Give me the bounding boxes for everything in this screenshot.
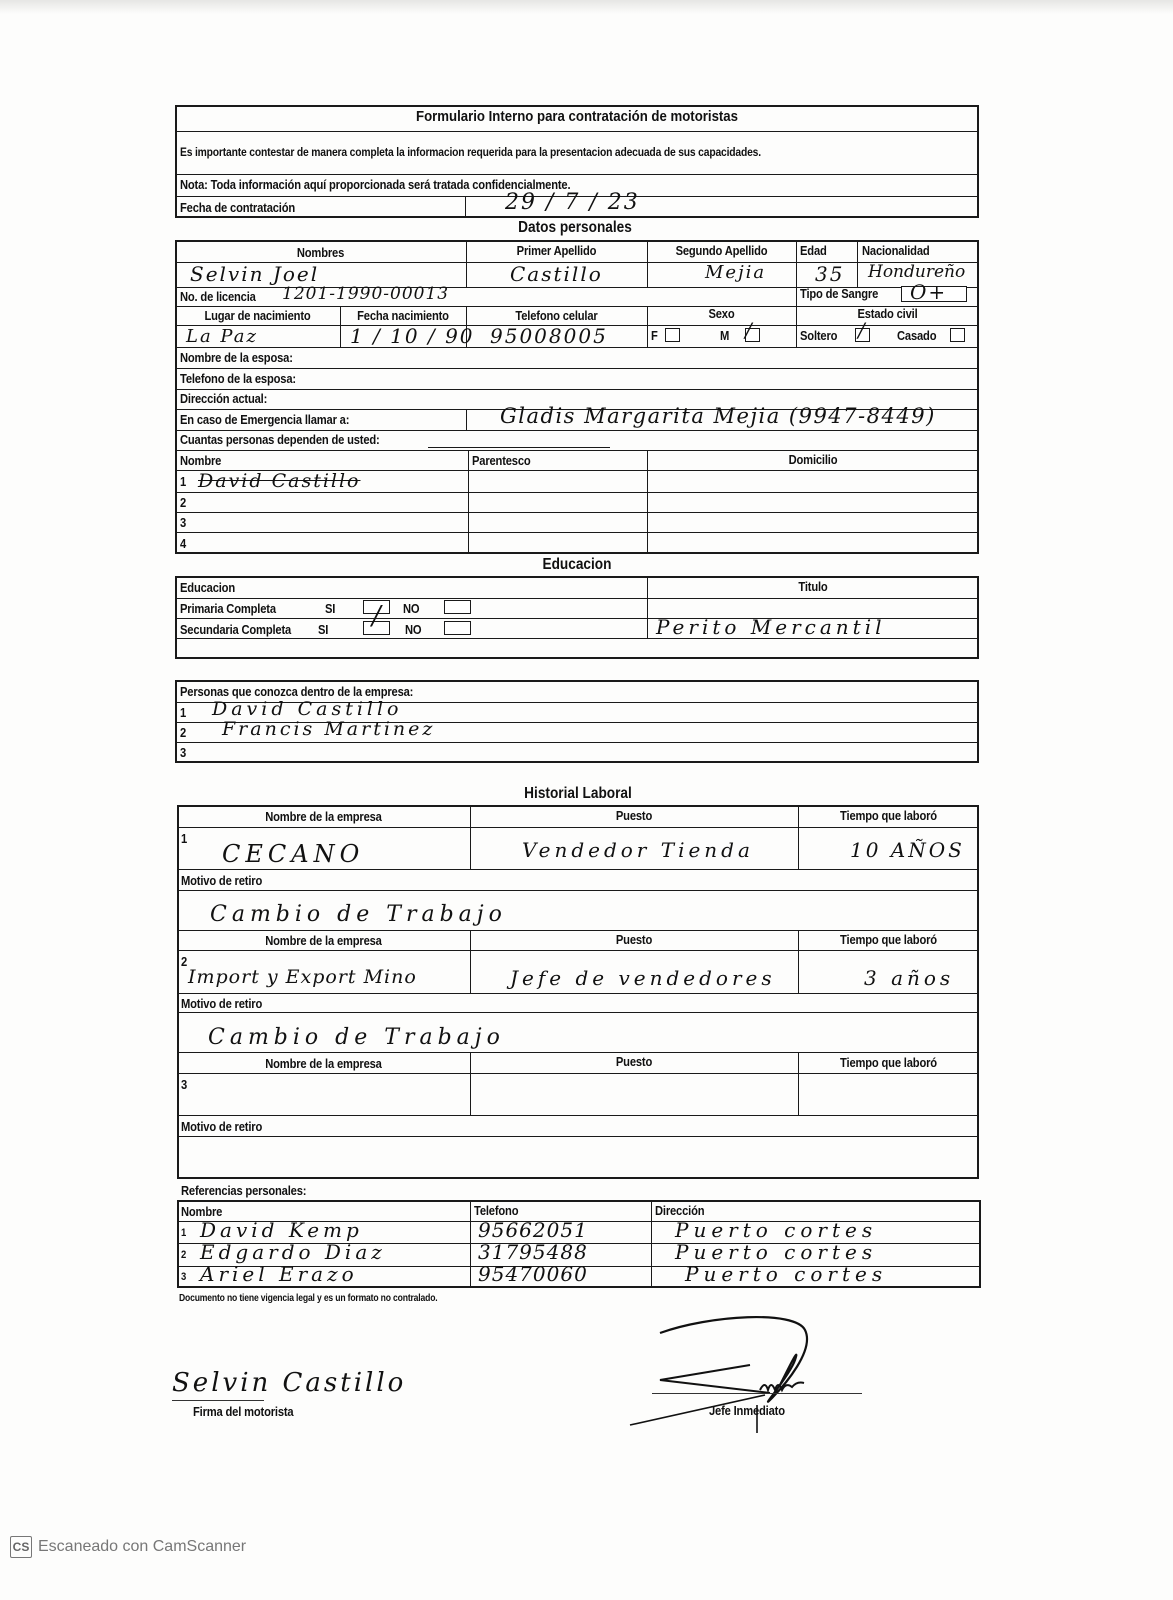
emergencia-value[interactable]: Gladis Margarita Mejia (9947-8449) bbox=[500, 404, 936, 428]
sexo-f-label: F bbox=[651, 328, 658, 343]
references-label: Referencias personales: bbox=[181, 1183, 306, 1198]
tiempo-header: Tiempo que laboró bbox=[811, 808, 967, 823]
ref-nombre-value[interactable]: David Kemp bbox=[200, 1218, 363, 1242]
job-empresa-value[interactable]: CECANO bbox=[222, 840, 364, 868]
form-title: Formulario Interno para contratación de … bbox=[223, 108, 931, 125]
titulo-value[interactable]: Perito Mercantil bbox=[656, 615, 886, 639]
dependientes-underline bbox=[428, 447, 610, 448]
ref-nombre-header: Nombre bbox=[181, 1204, 222, 1219]
hire-date-value[interactable]: 29 / 7 / 23 bbox=[505, 190, 640, 215]
fecha-nacimiento-value[interactable]: 1 / 10 / 90 bbox=[350, 324, 475, 348]
secundaria-si-check-mark: / bbox=[372, 601, 381, 631]
acquaintances-label: Personas que conozca dentro de la empres… bbox=[180, 684, 413, 699]
primaria-si-label: SI bbox=[325, 601, 335, 616]
dependent-name-struck[interactable]: David Castillo bbox=[198, 470, 361, 492]
secundaria-si-label: SI bbox=[318, 622, 328, 637]
dep-parentesco-header: Parentesco bbox=[472, 453, 531, 468]
lugar-nacimiento-value[interactable]: La Paz bbox=[186, 326, 258, 347]
acquaintance-name[interactable]: David Castillo bbox=[212, 698, 403, 720]
edad-label: Edad bbox=[800, 243, 827, 258]
casado-checkbox[interactable] bbox=[950, 328, 965, 342]
acquaintance-name[interactable]: Francis Martinez bbox=[222, 718, 435, 740]
ref-nombre-value[interactable]: Edgardo Diaz bbox=[200, 1240, 386, 1264]
tipo-sangre-label: Tipo de Sangre bbox=[800, 286, 878, 301]
licencia-label: No. de licencia bbox=[180, 289, 256, 304]
ref-telefono-header: Telefono bbox=[474, 1203, 518, 1218]
secundaria-label: Secundaria Completa bbox=[180, 622, 291, 637]
licencia-value[interactable]: 1201-1990-00013 bbox=[282, 284, 449, 304]
titulo-header: Titulo bbox=[670, 579, 956, 594]
ref-direccion-value[interactable]: Puerto cortes bbox=[675, 1240, 877, 1264]
job-tiempo-value[interactable]: 10 AÑOS bbox=[850, 838, 965, 862]
emergencia-label: En caso de Emergencia llamar a: bbox=[180, 412, 349, 427]
ref-direccion-value[interactable]: Puerto cortes bbox=[685, 1262, 887, 1286]
telefono-celular-value[interactable]: 95008005 bbox=[490, 324, 608, 348]
job-motivo-value[interactable]: Cambio de Trabajo bbox=[210, 902, 507, 927]
nombres-label: Nombres bbox=[195, 245, 445, 260]
ref-nombre-value[interactable]: Ariel Erazo bbox=[200, 1262, 358, 1286]
nombres-value[interactable]: Selvin Joel bbox=[190, 262, 319, 286]
soltero-label: Soltero bbox=[800, 328, 837, 343]
personal-section-title: Datos personales bbox=[487, 219, 663, 237]
sexo-m-label: M bbox=[720, 328, 729, 343]
nacionalidad-value[interactable]: Hondureño bbox=[868, 262, 965, 282]
camscanner-text: Escaneado con CamScanner bbox=[38, 1538, 246, 1556]
hire-date-label: Fecha de contratación bbox=[180, 200, 295, 215]
job-motivo-value[interactable]: Cambio de Trabajo bbox=[208, 1025, 505, 1050]
dependientes-label: Cuantas personas dependen de usted: bbox=[180, 432, 380, 447]
secundaria-no-checkbox[interactable] bbox=[444, 621, 471, 635]
ref-telefono-value[interactable]: 31795488 bbox=[478, 1240, 588, 1264]
nacionalidad-label: Nacionalidad bbox=[862, 243, 930, 258]
direccion-actual-label: Dirección actual: bbox=[180, 391, 267, 406]
disclaimer-text: Documento no tiene vigencia legal y es u… bbox=[179, 1293, 438, 1304]
camscanner-watermark: CS Escaneado con CamScanner bbox=[10, 1536, 246, 1558]
primaria-no-checkbox[interactable] bbox=[444, 600, 471, 614]
sexo-f-checkbox[interactable] bbox=[665, 328, 680, 342]
lugar-nacimiento-label: Lugar de nacimiento bbox=[187, 308, 329, 323]
ref-telefono-value[interactable]: 95470060 bbox=[478, 1262, 588, 1286]
soltero-check-mark: / bbox=[858, 318, 865, 342]
jefe-signature-line bbox=[652, 1393, 862, 1394]
dep-domicilio-header: Domicilio bbox=[670, 452, 956, 467]
camscanner-logo-icon: CS bbox=[10, 1536, 32, 1558]
job-empresa-value[interactable]: Import y Export Mino bbox=[188, 966, 417, 988]
estado-civil-label: Estado civil bbox=[809, 306, 966, 321]
nombre-esposa-label: Nombre de la esposa: bbox=[180, 350, 293, 365]
work-history-section-title: Historial Laboral bbox=[490, 785, 666, 803]
sexo-m-check-mark: / bbox=[745, 318, 752, 342]
segundo-apellido-value[interactable]: Mejia bbox=[705, 262, 766, 283]
primaria-label: Primaria Completa bbox=[180, 601, 276, 616]
sexo-label: Sexo bbox=[657, 306, 785, 321]
job-tiempo-value[interactable]: 3 años bbox=[864, 966, 954, 990]
ref-telefono-value[interactable]: 95662051 bbox=[478, 1218, 588, 1242]
telefono-celular-label: Telefono celular bbox=[479, 308, 635, 323]
tipo-sangre-value[interactable]: O+ bbox=[910, 280, 947, 304]
secundaria-no-label: NO bbox=[405, 622, 421, 637]
primer-apellido-label: Primer Apellido bbox=[479, 243, 635, 258]
job-puesto-value[interactable]: Vendedor Tienda bbox=[522, 838, 754, 862]
casado-label: Casado bbox=[897, 328, 936, 343]
segundo-apellido-label: Segundo Apellido bbox=[657, 243, 785, 258]
job-puesto-value[interactable]: Jefe de vendedores bbox=[510, 966, 776, 990]
instruction-text: Es importante contestar de manera comple… bbox=[180, 145, 761, 159]
ref-direccion-header: Dirección bbox=[655, 1203, 704, 1218]
motorista-signature-line bbox=[172, 1400, 264, 1401]
jefe-signature-label: Jefe Inmediato bbox=[709, 1403, 785, 1418]
empresa-header: Nombre de la empresa bbox=[198, 809, 450, 824]
motivo-label: Motivo de retiro bbox=[181, 873, 262, 888]
education-section-title: Educacion bbox=[489, 556, 665, 574]
primer-apellido-value[interactable]: Castillo bbox=[510, 262, 603, 286]
puesto-header: Puesto bbox=[493, 808, 775, 823]
primaria-no-label: NO bbox=[403, 601, 419, 616]
fecha-nacimiento-label: Fecha nacimiento bbox=[349, 308, 457, 323]
edad-value[interactable]: 35 bbox=[815, 262, 844, 286]
dep-nombre-header: Nombre bbox=[180, 453, 221, 468]
telefono-esposa-label: Telefono de la esposa: bbox=[180, 371, 296, 386]
hiring-form: Formulario Interno para contratación de … bbox=[0, 0, 1173, 1600]
motorista-signature: Selvin Castillo bbox=[172, 1368, 406, 1398]
educacion-header: Educacion bbox=[180, 580, 235, 595]
motorista-signature-label: Firma del motorista bbox=[193, 1404, 293, 1419]
ref-direccion-value[interactable]: Puerto cortes bbox=[675, 1218, 877, 1242]
